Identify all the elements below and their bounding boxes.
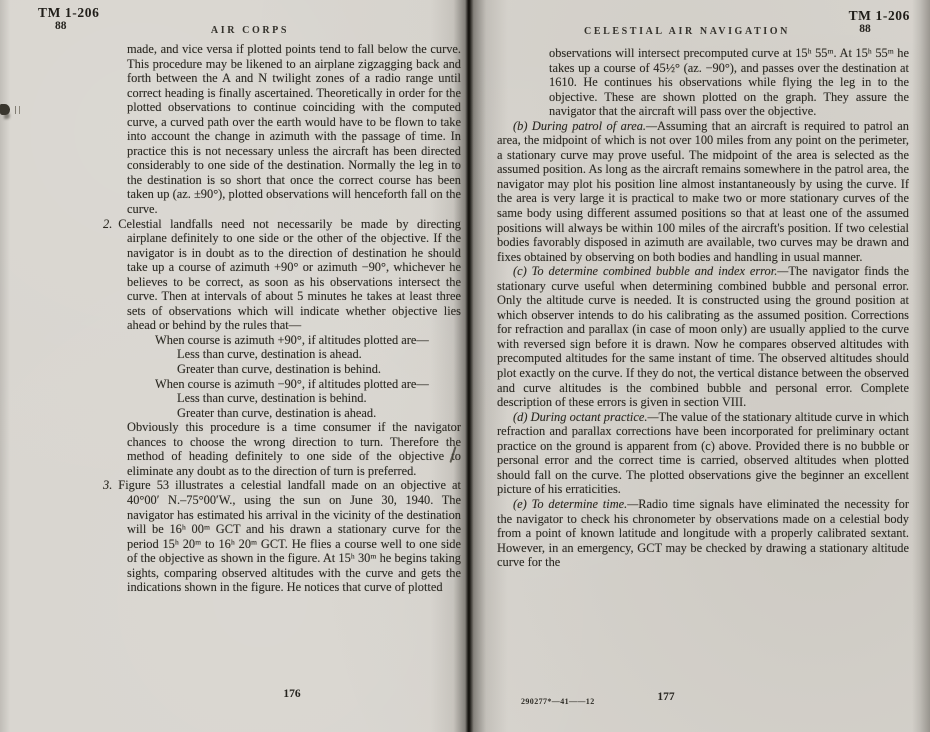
paragraph-b-text: Assuming that an aircraft is required to… — [497, 119, 909, 264]
left-page-number: 176 — [270, 688, 314, 700]
paragraph-b-lead: (b) During patrol of area.— — [513, 119, 657, 133]
printers-code: 290277*—41——12 — [521, 697, 595, 706]
right-text-column: observations will intersect precomputed … — [497, 46, 909, 570]
item-2-text: Celestial landfalls need not necessarily… — [118, 217, 461, 333]
right-tm-number: TM 1-206 — [810, 8, 910, 24]
rule-line: When course is azimuth +90°, if altitude… — [127, 333, 461, 348]
rules-block: When course is azimuth +90°, if altitude… — [127, 333, 461, 420]
right-paragraph-number: 88 — [845, 23, 885, 35]
paragraph-c: (c) To determine combined bubble and ind… — [497, 264, 909, 409]
intro-paragraph: made, and vice versa if plotted points t… — [127, 42, 461, 217]
rule-line: When course is azimuth −90°, if altitude… — [127, 377, 461, 392]
right-running-head: CELESTIAL AIR NAVIGATION — [537, 26, 837, 37]
paragraph-d: (d) During octant practice.—The value of… — [497, 410, 909, 497]
paragraph-e: (e) To determine time.—Radio time signal… — [497, 497, 909, 570]
item-3-number: 3. — [103, 478, 112, 492]
obviously-paragraph: Obviously this procedure is a time consu… — [127, 420, 461, 478]
paragraph-c-text: The navigator finds the stationary curve… — [497, 264, 909, 409]
left-tm-number: TM 1-206 — [38, 5, 99, 21]
ink-mark — [0, 104, 10, 115]
paragraph-e-lead: (e) To determine time.— — [513, 497, 638, 511]
right-page-number: 177 — [644, 691, 688, 703]
right-page-edge-shadow — [912, 0, 930, 732]
item-2-number: 2. — [103, 217, 112, 231]
paragraph-d-lead: (d) During octant practice.— — [513, 410, 659, 424]
item-3-text: Figure 53 illustrates a celestial landfa… — [118, 478, 461, 594]
paragraph-c-lead: (c) To determine combined bubble and ind… — [513, 264, 788, 278]
rule-line: Less than curve, destination is ahead. — [127, 347, 461, 362]
ink-mark-small — [15, 106, 20, 114]
left-running-head: AIR CORPS — [150, 25, 350, 36]
left-paragraph-number: 88 — [55, 20, 67, 32]
paragraph-b: (b) During patrol of area.—Assuming that… — [497, 119, 909, 264]
left-text-column: made, and vice versa if plotted points t… — [127, 42, 461, 595]
numbered-item-2: 2.Celestial landfalls need not necessari… — [127, 217, 461, 333]
rule-line: Greater than curve, destination is ahead… — [127, 406, 461, 421]
rule-line: Less than curve, destination is behind. — [127, 391, 461, 406]
numbered-item-3: 3.Figure 53 illustrates a celestial land… — [127, 478, 461, 594]
continuation-paragraph: observations will intersect precomputed … — [549, 46, 909, 119]
rule-line: Greater than curve, destination is behin… — [127, 362, 461, 377]
